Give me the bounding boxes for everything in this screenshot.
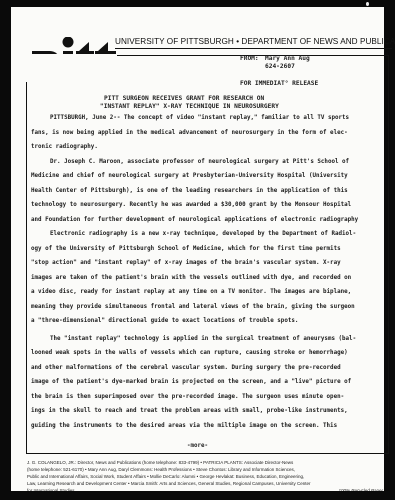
more-marker: -more-	[11, 443, 384, 449]
body-line: Medicine and chief of neurological surge…	[31, 169, 383, 184]
body-line: a video disc, ready for instant replay a…	[31, 285, 383, 300]
body-line: and other malformations of the cerebral …	[31, 361, 383, 376]
body-line: images are taken of the patient's brain …	[31, 271, 383, 286]
body-line: technology to neurosurgery. Recently he …	[31, 198, 383, 213]
footer-line: Law, Learning Research and Development C…	[27, 480, 387, 487]
headline-line-2: "INSTANT REPLAY" X-RAY TECHNIQUE IN NEUR…	[100, 103, 279, 111]
footer-line: (home telephone: 521-6170) • Mary Ann Au…	[27, 466, 387, 473]
footer-line: Public and International Affairs, Social…	[27, 473, 387, 480]
body-line: "stop action" and "instant replay" of x-…	[31, 256, 383, 271]
body-line: ogy of the University of Pittsburgh Scho…	[31, 242, 383, 257]
from-block: FROM:Mary Ann Aug 624-2607	[240, 55, 310, 70]
body-line: The "instant replay" technology is appli…	[31, 332, 383, 347]
article-body: PITTSBURGH, June 2-- The concept of vide…	[31, 111, 383, 433]
body-line: meaning they provide simultaneous fronta…	[31, 300, 383, 315]
body-line: fans, is now being applied in the medica…	[31, 126, 383, 141]
footer-line: J. G. COLANGELO, JR.: Director, News and…	[27, 459, 387, 466]
body-line: Health Center of Pittsburgh), is one of …	[31, 184, 383, 199]
body-line: ings in the skull to reach and treat the…	[31, 404, 383, 419]
body-line: a "three-dimensional" directional guide …	[31, 314, 383, 329]
staff-footer: J. G. COLANGELO, JR.: Director, News and…	[27, 459, 387, 494]
headline-line-1: PITT SURGEON RECEIVES GRANT FOR RESEARCH…	[104, 95, 279, 103]
body-line: looned weak spots in the walls of vessel…	[31, 346, 383, 361]
release-notice: FOR IMMEDIAT° RELEASE	[240, 80, 318, 87]
body-line: and Foundation for further development o…	[31, 213, 383, 228]
body-line: tronic radiography.	[31, 140, 383, 155]
body-line: guiding the instruments to the desired a…	[31, 419, 383, 434]
body-line: Electronic radiography is a new x-ray te…	[31, 227, 383, 242]
organization-header: UNIVERSITY OF PITTSBURGH • DEPARTMENT OF…	[115, 37, 391, 46]
from-phone: 624-2607	[240, 63, 310, 71]
body-line: PITTSBURGH, June 2-- The concept of vide…	[31, 111, 383, 126]
header-rule	[115, 48, 392, 49]
body-line: the brain is then superimposed over the …	[31, 390, 383, 405]
from-label: FROM:	[240, 55, 265, 63]
from-name: Mary Ann Aug	[265, 55, 310, 62]
headline: PITT SURGEON RECEIVES GRANT FOR RESEARCH…	[104, 95, 279, 110]
body-line: image of the patient's dye-marked brain …	[31, 375, 383, 390]
body-line: Dr. Joseph C. Maroon, associate professo…	[31, 155, 383, 170]
press-release-page: UNIVERSITY OF PITTSBURGH • DEPARTMENT OF…	[11, 7, 384, 491]
